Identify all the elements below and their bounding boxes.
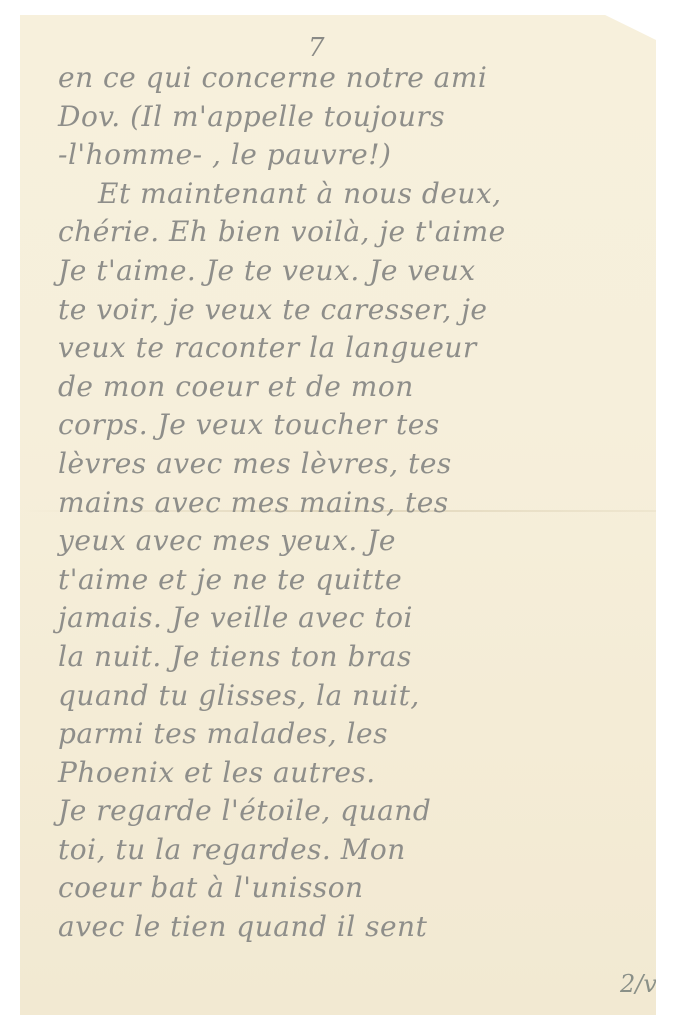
letter-line: de mon coeur et de mon bbox=[58, 368, 658, 407]
letter-line: coeur bat à l'unisson bbox=[58, 869, 658, 908]
letter-line: en ce qui concerne notre ami bbox=[58, 59, 658, 98]
letter-line: Je regarde l'étoile, quand bbox=[58, 792, 658, 831]
letter-line: yeux avec mes yeux. Je bbox=[58, 522, 658, 561]
letter-page: 7 en ce qui concerne notre ami Dov. (Il … bbox=[20, 15, 656, 1015]
letter-line: avec le tien quand il sent bbox=[58, 908, 658, 947]
folio-mark: 2/v bbox=[620, 970, 657, 998]
letter-line: Je t'aime. Je te veux. Je veux bbox=[58, 252, 658, 291]
letter-line: te voir, je veux te caresser, je bbox=[58, 291, 658, 330]
letter-line: chérie. Eh bien voilà, je t'aime bbox=[58, 213, 658, 252]
letter-line: lèvres avec mes lèvres, tes bbox=[58, 445, 658, 484]
letter-line: -l'homme- , le pauvre!) bbox=[58, 136, 658, 175]
letter-line: Dov. (Il m'appelle toujours bbox=[58, 98, 658, 137]
letter-line: mains avec mes mains, tes bbox=[58, 484, 658, 523]
letter-line: la nuit. Je tiens ton bras bbox=[58, 638, 658, 677]
letter-line: jamais. Je veille avec toi bbox=[58, 599, 658, 638]
letter-line: t'aime et je ne te quitte bbox=[58, 561, 658, 600]
letter-line: parmi tes malades, les bbox=[58, 715, 658, 754]
letter-line: veux te raconter la langueur bbox=[58, 329, 658, 368]
letter-line: Et maintenant à nous deux, bbox=[58, 175, 658, 214]
letter-line: corps. Je veux toucher tes bbox=[58, 406, 658, 445]
letter-line: toi, tu la regardes. Mon bbox=[58, 831, 658, 870]
letter-line: quand tu glisses, la nuit, bbox=[58, 677, 658, 716]
letter-line: Phoenix et les autres. bbox=[58, 754, 658, 793]
letter-body: en ce qui concerne notre ami Dov. (Il m'… bbox=[58, 59, 658, 947]
